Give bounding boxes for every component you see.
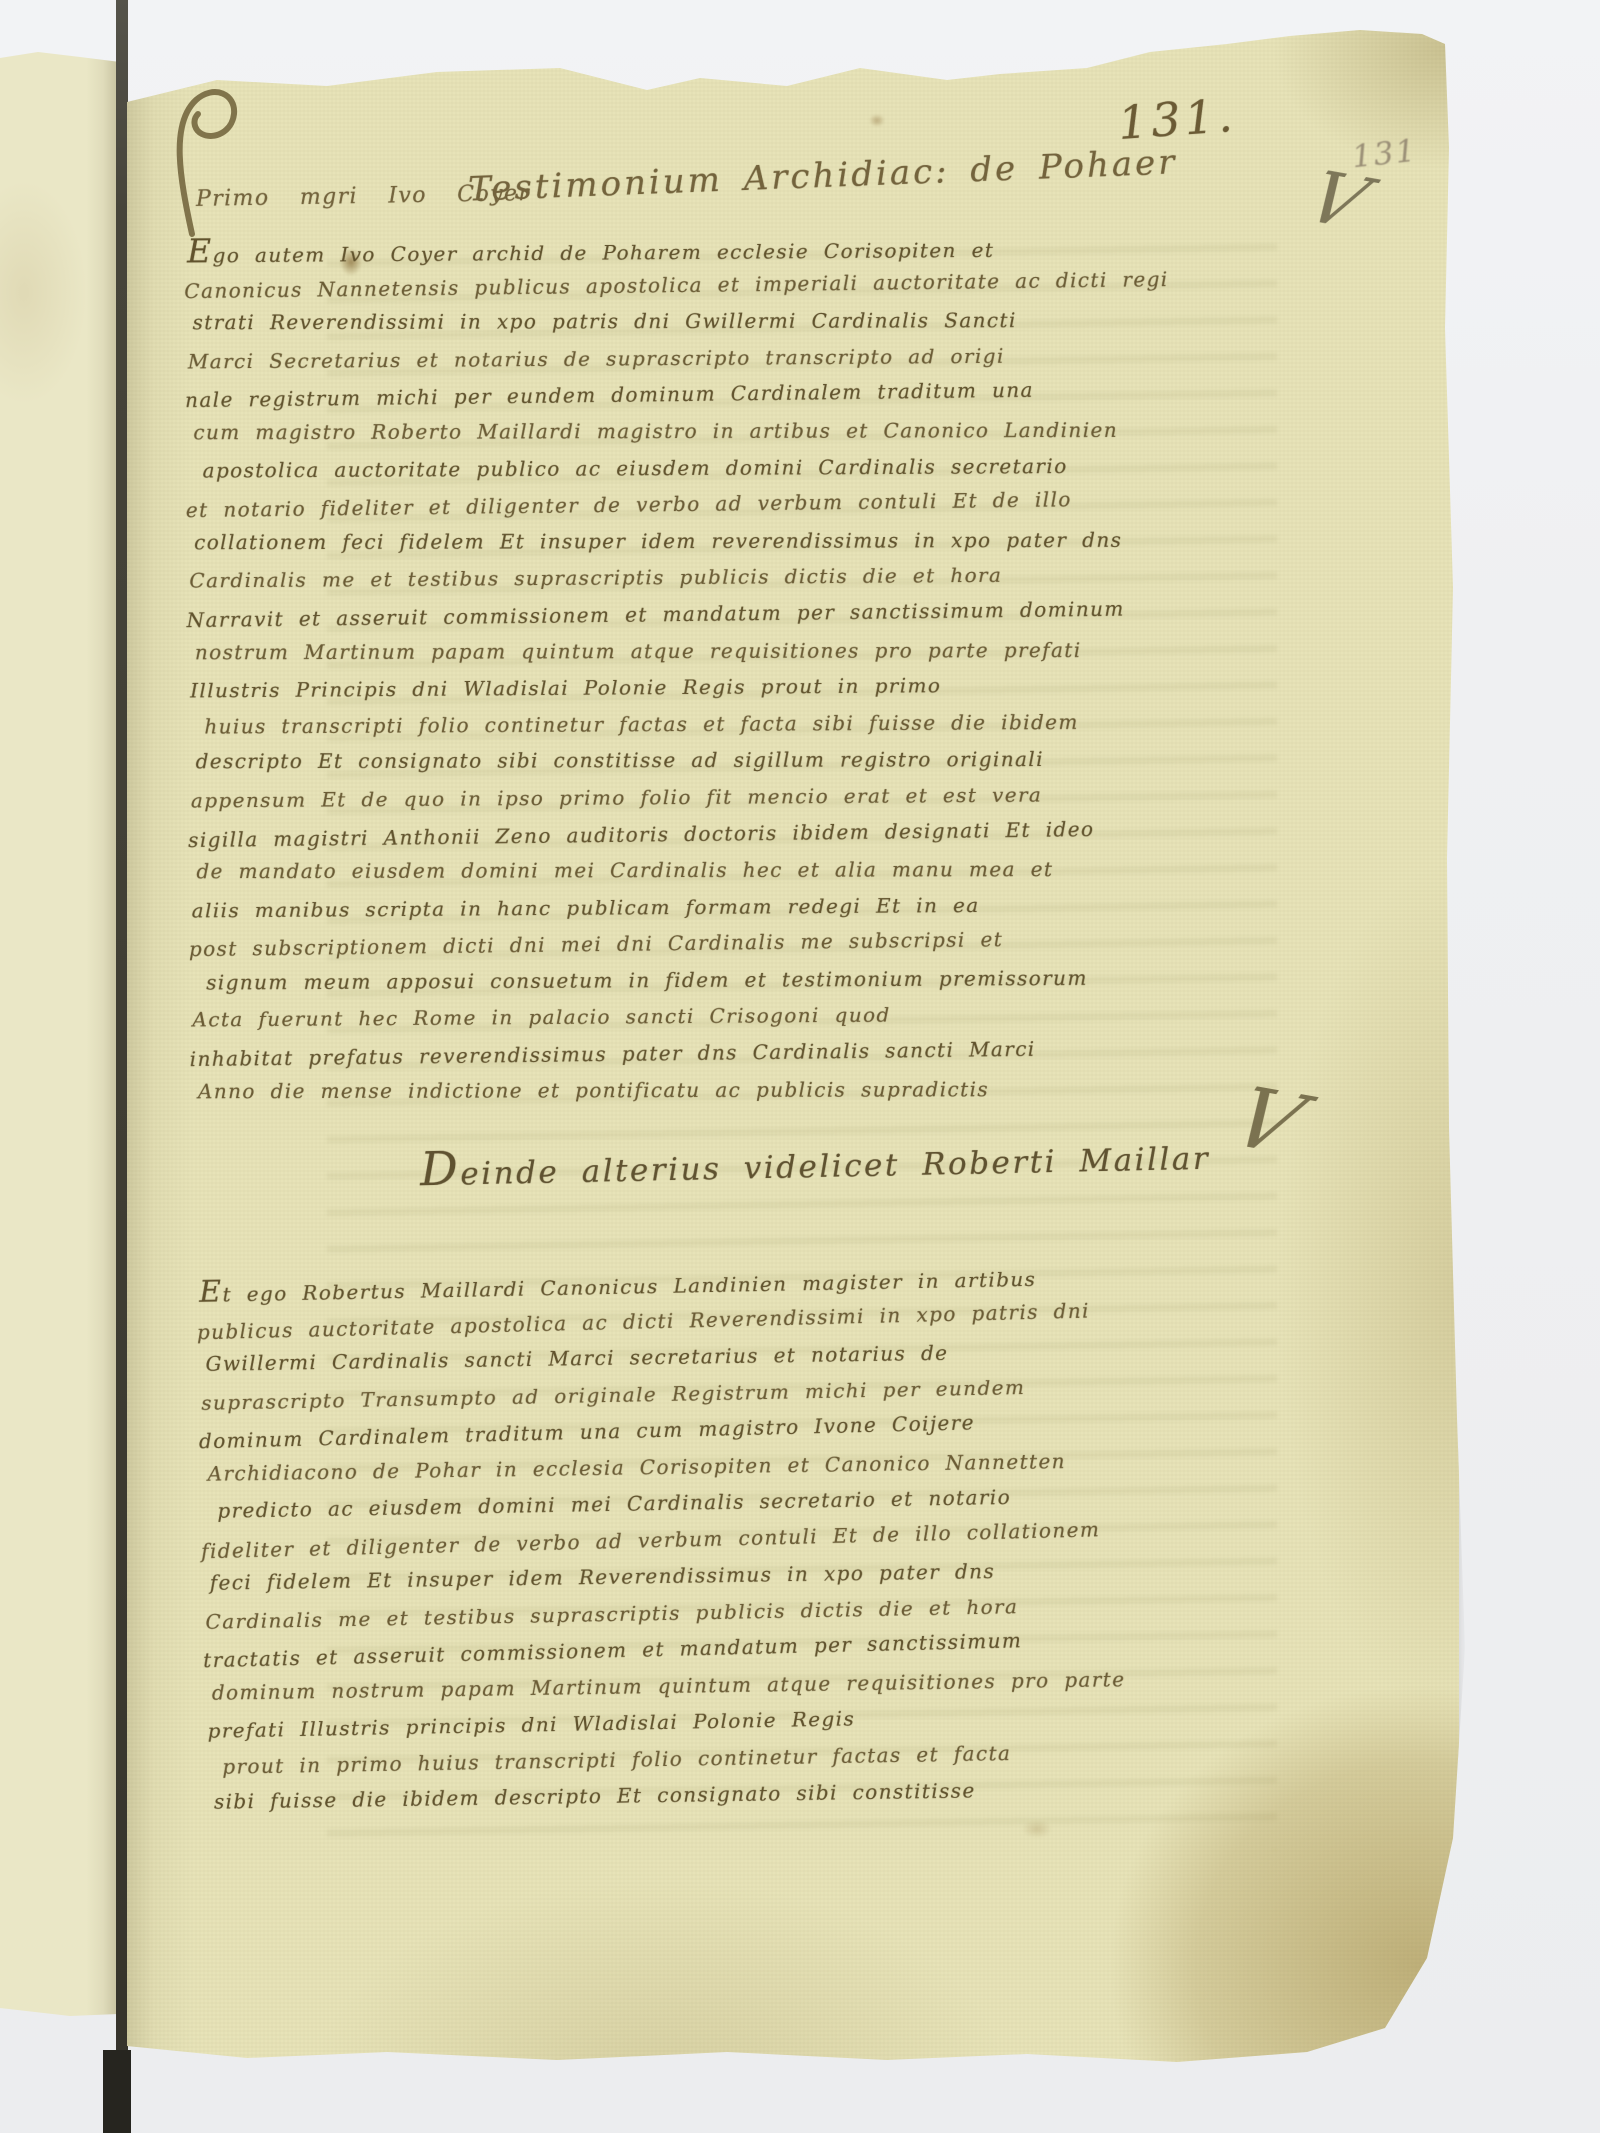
manuscript-line: cum magistro Roberto Maillardi magistro … [193, 412, 1177, 451]
paragraph-robertus-maillardi: Et ego Robertus Maillardi Canonicus Land… [199, 1257, 1123, 1822]
paragraph-ivo-coyer: Ego autem Ivo Coyer archid de Poharem ec… [187, 227, 1177, 1112]
manuscript-line: nostrum Martinum papam quintum atque req… [195, 631, 1179, 670]
binding-gutter [116, 0, 128, 2133]
manuscript-line: signum meum apposui consuetum in fidem e… [206, 959, 1191, 1001]
manuscript-line: collationem feci fidelem Et insuper idem… [194, 521, 1178, 560]
manuscript-line: Anno die mense indictione et pontificatu… [198, 1070, 1182, 1109]
manuscript-line: de mandato eiusdem domini mei Cardinalis… [196, 851, 1180, 890]
binding-gutter-foot [103, 2050, 131, 2133]
manuscript-line: descripto Et consignato sibi constitisse… [196, 741, 1180, 780]
manuscript-line: huius transcripti folio continetur facta… [204, 703, 1189, 745]
initial-flourish-icon [162, 84, 262, 244]
folio-number-ink: 131. [1116, 88, 1238, 150]
manuscript-line: Illustris Principis dni Wladislai Poloni… [190, 666, 1175, 709]
facing-page-edge [0, 50, 120, 2072]
manuscript-scan: 131. 131 V V Primo mgri Ivo Coyer Testim… [0, 0, 1600, 2133]
fox-spot [869, 114, 885, 127]
fox-spot [1022, 1820, 1052, 1838]
manuscript-line: strati Reverendissimi in xpo patris dni … [193, 302, 1177, 341]
